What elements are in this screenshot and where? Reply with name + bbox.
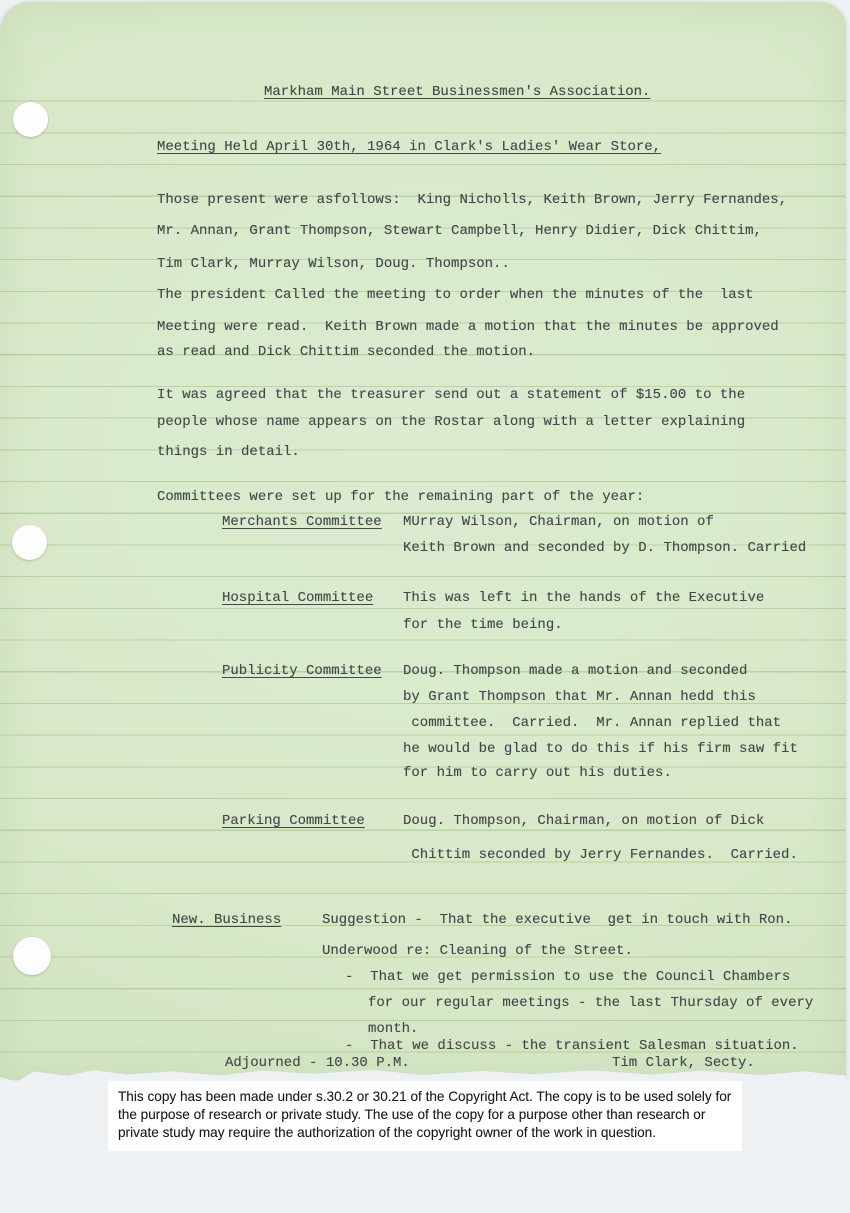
treasurer-paragraph-line: things in detail. [157, 444, 300, 461]
committee-name-parking: Parking Committee [222, 813, 365, 830]
committee-text-line: MUrray Wilson, Chairman, on motion of [403, 514, 714, 531]
committee-text-line: he would be glad to do this if his firm … [403, 741, 798, 758]
punch-hole-middle [12, 525, 47, 560]
punch-hole-top [13, 102, 48, 137]
attendees-line: Those present were asfollows: King Nicho… [157, 192, 787, 209]
committee-name-hospital: Hospital Committee [222, 590, 373, 607]
committee-text-line: committee. Carried. Mr. Annan replied th… [403, 715, 781, 732]
new-business-label: New. Business [172, 912, 281, 929]
copyright-notice: This copy has been made under s.30.2 or … [108, 1081, 742, 1151]
committee-text-line: for the time being. [403, 617, 563, 634]
committee-text-line: by Grant Thompson that Mr. Annan hedd th… [403, 689, 756, 706]
committee-text-line: Chittim seconded by Jerry Fernandes. Car… [403, 847, 798, 864]
committee-name-publicity: Publicity Committee [222, 663, 382, 680]
new-business-bullet: - That we discuss - the transient Salesm… [345, 1038, 799, 1055]
committee-text-line: Keith Brown and seconded by D. Thompson.… [403, 540, 806, 557]
committees-intro: Committees were set up for the remaining… [157, 489, 644, 506]
minutes-paragraph-line: The president Called the meeting to orde… [157, 287, 754, 304]
treasurer-paragraph-line: It was agreed that the treasurer send ou… [157, 387, 745, 404]
committee-text-line: Doug. Thompson made a motion and seconde… [403, 663, 747, 680]
treasurer-paragraph-line: people whose name appears on the Rostar … [157, 414, 745, 431]
adjourned-line: Adjourned - 10.30 P.M. [225, 1055, 410, 1072]
secretary-signature: Tim Clark, Secty. [612, 1055, 755, 1072]
committee-name-merchants: Merchants Committee [222, 514, 382, 531]
committee-text-line: Doug. Thompson, Chairman, on motion of D… [403, 813, 764, 830]
new-business-bullet-cont: for our regular meetings - the last Thur… [368, 995, 813, 1012]
minutes-paragraph-line: as read and Dick Chittim seconded the mo… [157, 344, 535, 361]
new-business-line: Suggestion - That the executive get in t… [322, 912, 792, 929]
meeting-subtitle: Meeting Held April 30th, 1964 in Clark's… [157, 139, 661, 156]
new-business-bullet-cont: month. [368, 1021, 418, 1038]
scanned-document-page: Markham Main Street Businessmen's Associ… [0, 0, 850, 1213]
committee-text-line: for him to carry out his duties. [403, 765, 672, 782]
attendees-line: Tim Clark, Murray Wilson, Doug. Thompson… [157, 256, 510, 273]
attendees-line: Mr. Annan, Grant Thompson, Stewart Campb… [157, 223, 762, 240]
committee-text-line: This was left in the hands of the Execut… [403, 590, 764, 607]
green-ruled-paper: Markham Main Street Businessmen's Associ… [0, 2, 846, 1080]
document-title: Markham Main Street Businessmen's Associ… [264, 84, 650, 101]
minutes-paragraph-line: Meeting were read. Keith Brown made a mo… [157, 319, 779, 336]
punch-hole-bottom [13, 937, 51, 975]
new-business-line: Underwood re: Cleaning of the Street. [322, 943, 633, 960]
new-business-bullet: - That we get permission to use the Coun… [345, 969, 790, 986]
